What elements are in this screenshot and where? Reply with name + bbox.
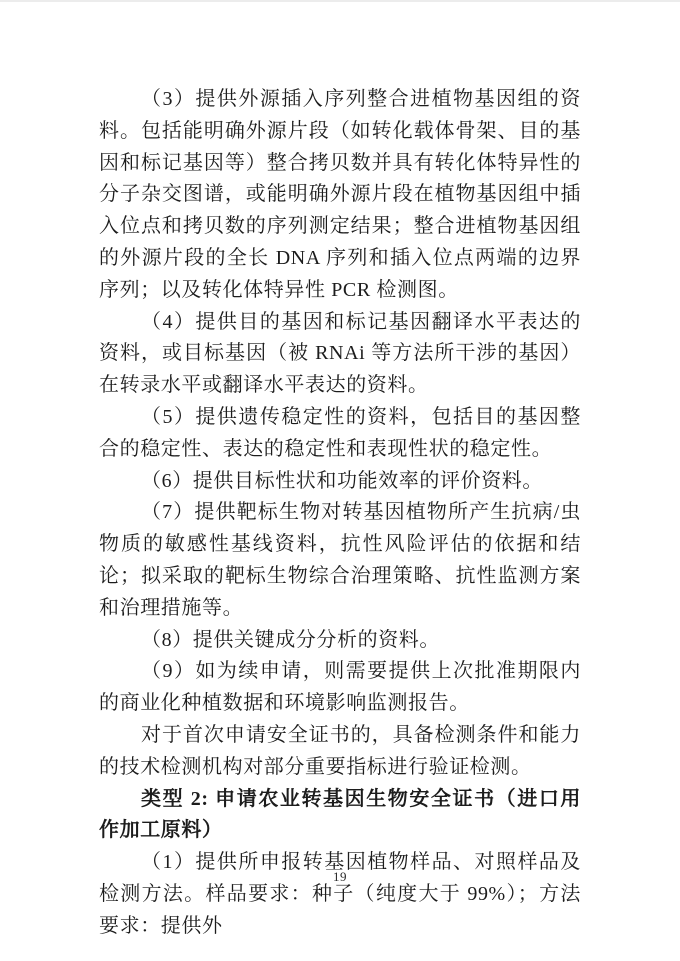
- paragraph-item-9: （9）如为续申请，则需要提供上次批准期限内的商业化种植数据和环境影响监测报告。: [99, 656, 581, 720]
- page-number: 19: [0, 869, 680, 885]
- paragraph-item-6: （6）提供目标性状和功能效率的评价资料。: [99, 466, 581, 498]
- document-text-block: （3）提供外源插入序列整合进植物基因组的资料。包括能明确外源片段（如转化载体骨架…: [99, 84, 581, 943]
- document-page: （3）提供外源插入序列整合进植物基因组的资料。包括能明确外源片段（如转化载体骨架…: [0, 0, 680, 961]
- paragraph-item-7: （7）提供靶标生物对转基因植物所产生抗病/虫物质的敏感性基线资料，抗性风险评估的…: [99, 497, 581, 624]
- paragraph-item-4: （4）提供目的基因和标记基因翻译水平表达的资料，或目标基因（被 RNAi 等方法…: [99, 307, 581, 402]
- paragraph-item-8: （8）提供关键成分分析的资料。: [99, 625, 581, 657]
- paragraph-item-5: （5）提供遗传稳定性的资料，包括目的基因整合的稳定性、表达的稳定性和表现性状的稳…: [99, 402, 581, 466]
- paragraph-item-1: （1）提供所申报转基因植物样品、对照样品及检测方法。样品要求：种子（纯度大于 9…: [99, 847, 581, 942]
- paragraph-first-application-note: 对于首次申请安全证书的，具备检测条件和能力的技术检测机构对部分重要指标进行验证检…: [99, 720, 581, 784]
- section-heading-type-2: 类型 2: 申请农业转基因生物安全证书（进口用作加工原料）: [99, 784, 581, 848]
- paragraph-item-3: （3）提供外源插入序列整合进植物基因组的资料。包括能明确外源片段（如转化载体骨架…: [99, 84, 581, 307]
